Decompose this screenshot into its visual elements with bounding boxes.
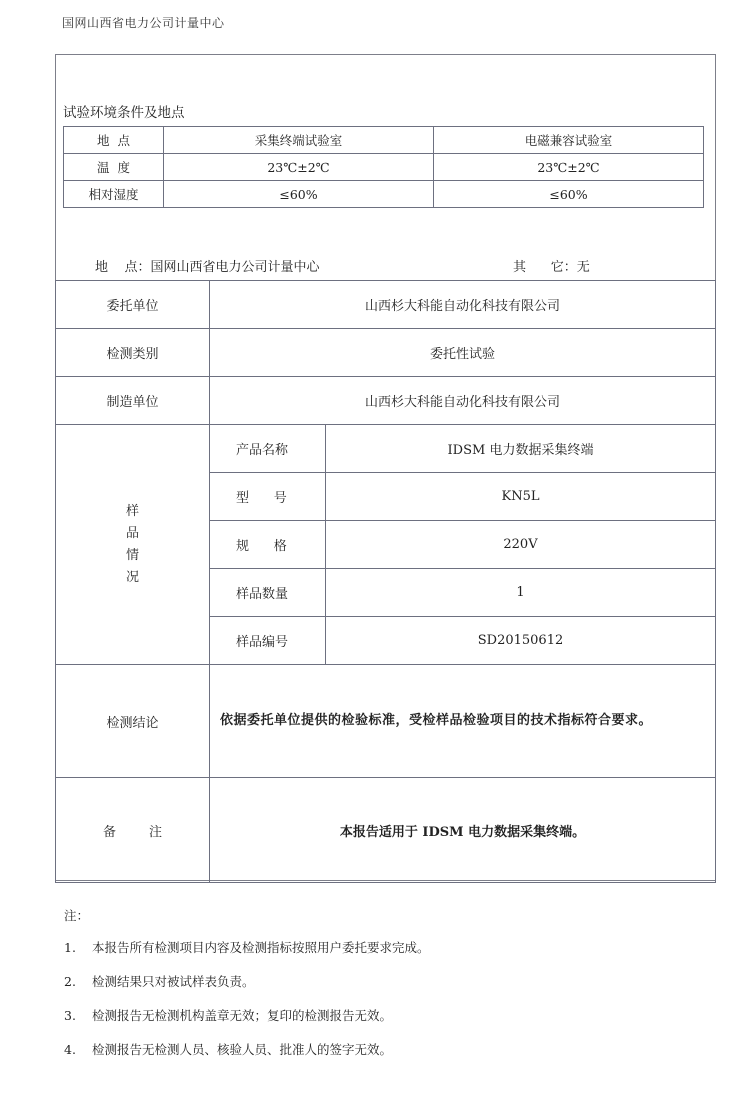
note-number: 4. bbox=[64, 1042, 92, 1057]
env-label: 地 点 bbox=[64, 127, 164, 154]
note-text: 检测结果只对被试样表负责。 bbox=[92, 974, 255, 989]
note-text: 检测报告无检测人员、核验人员、批准人的签字无效。 bbox=[92, 1042, 392, 1057]
note-item: 4.检测报告无检测人员、核验人员、批准人的签字无效。 bbox=[64, 1040, 392, 1058]
environment-section-title: 试验环境条件及地点 bbox=[63, 101, 185, 121]
test-location-value: 国网山西省电力公司计量中心 bbox=[151, 260, 320, 275]
env-label: 相对湿度 bbox=[64, 181, 164, 208]
env-value: ≤60% bbox=[164, 181, 434, 208]
environment-table: 地 点 采集终端试验室 电磁兼容试验室 温 度 23℃±2℃ 23℃±2℃ 相对… bbox=[63, 126, 704, 208]
test-location: 地 点：国网山西省电力公司计量中心 bbox=[95, 256, 320, 275]
env-value: 采集终端试验室 bbox=[164, 127, 434, 154]
note-item: 3.检测报告无检测机构盖章无效；复印的检测报告无效。 bbox=[64, 1006, 392, 1024]
row-conclusion: 检测结论 依据委托单位提供的检验标准，受检样品检验项目的技术指标符合要求。 bbox=[56, 665, 716, 778]
sample-field-value: SD20150612 bbox=[326, 617, 716, 665]
test-type-value: 委托性试验 bbox=[210, 329, 716, 377]
other-label: 其 它： bbox=[513, 260, 577, 275]
notes-title: 注： bbox=[64, 906, 89, 924]
sample-field-value: 1 bbox=[326, 569, 716, 617]
env-row-humidity: 相对湿度 ≤60% ≤60% bbox=[64, 181, 704, 208]
client-value: 山西杉大科能自动化科技有限公司 bbox=[210, 281, 716, 329]
conclusion-text: 依据委托单位提供的检验标准，受检样品检验项目的技术指标符合要求。 bbox=[210, 665, 716, 778]
sample-field-value: 220V bbox=[326, 521, 716, 569]
note-item: 1.本报告所有检测项目内容及检测指标按照用户委托要求完成。 bbox=[64, 938, 430, 956]
row-sample-name: 样 品 情 况 产品名称 IDSM 电力数据采集终端 bbox=[56, 425, 716, 473]
report-main-table: 委托单位 山西杉大科能自动化科技有限公司 检测类别 委托性试验 制造单位 山西杉… bbox=[55, 280, 716, 883]
sample-field-label: 型 号 bbox=[210, 473, 326, 521]
env-value: 23℃±2℃ bbox=[434, 154, 704, 181]
client-label: 委托单位 bbox=[56, 281, 210, 329]
note-number: 2. bbox=[64, 974, 92, 989]
env-value: 电磁兼容试验室 bbox=[434, 127, 704, 154]
conclusion-label: 检测结论 bbox=[56, 665, 210, 778]
sample-field-label: 规 格 bbox=[210, 521, 326, 569]
other-info: 其 它：无 bbox=[513, 256, 590, 275]
sample-label-char: 情 bbox=[56, 545, 209, 567]
note-item: 2.检测结果只对被试样表负责。 bbox=[64, 972, 255, 990]
other-value: 无 bbox=[577, 260, 590, 275]
sample-field-label: 产品名称 bbox=[210, 425, 326, 473]
remarks-text: 本报告适用于 IDSM 电力数据采集终端。 bbox=[210, 778, 716, 883]
sample-label-char: 样 bbox=[56, 501, 209, 523]
sample-field-value: IDSM 电力数据采集终端 bbox=[326, 425, 716, 473]
env-row-temperature: 温 度 23℃±2℃ 23℃±2℃ bbox=[64, 154, 704, 181]
manufacturer-label: 制造单位 bbox=[56, 377, 210, 425]
note-text: 本报告所有检测项目内容及检测指标按照用户委托要求完成。 bbox=[92, 940, 430, 955]
test-type-label: 检测类别 bbox=[56, 329, 210, 377]
row-client: 委托单位 山西杉大科能自动化科技有限公司 bbox=[56, 281, 716, 329]
sample-label-char: 况 bbox=[56, 567, 209, 589]
note-number: 1. bbox=[64, 940, 92, 955]
env-row-location: 地 点 采集终端试验室 电磁兼容试验室 bbox=[64, 127, 704, 154]
sample-field-label: 样品编号 bbox=[210, 617, 326, 665]
sample-label-char: 品 bbox=[56, 523, 209, 545]
sample-field-label: 样品数量 bbox=[210, 569, 326, 617]
note-number: 3. bbox=[64, 1008, 92, 1023]
row-manufacturer: 制造单位 山西杉大科能自动化科技有限公司 bbox=[56, 377, 716, 425]
sample-field-value: KN5L bbox=[326, 473, 716, 521]
env-label: 温 度 bbox=[64, 154, 164, 181]
row-remarks: 备 注 本报告适用于 IDSM 电力数据采集终端。 bbox=[56, 778, 716, 883]
sample-section-label: 样 品 情 况 bbox=[56, 425, 210, 665]
note-text: 检测报告无检测机构盖章无效；复印的检测报告无效。 bbox=[92, 1008, 392, 1023]
env-value: ≤60% bbox=[434, 181, 704, 208]
page-header-organization: 国网山西省电力公司计量中心 bbox=[62, 14, 225, 31]
test-location-label: 地 点： bbox=[95, 260, 151, 275]
manufacturer-value: 山西杉大科能自动化科技有限公司 bbox=[210, 377, 716, 425]
row-test-type: 检测类别 委托性试验 bbox=[56, 329, 716, 377]
remarks-label: 备 注 bbox=[56, 778, 210, 883]
env-value: 23℃±2℃ bbox=[164, 154, 434, 181]
